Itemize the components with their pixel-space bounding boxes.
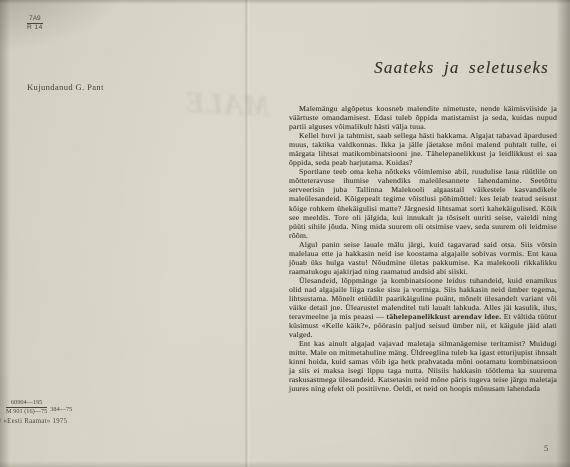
body-paragraph: Malemängu algõpetus koosneb malendite ni… xyxy=(289,104,557,131)
section-title: Saateks ja seletuseks xyxy=(289,58,561,78)
imprint-code: 384—75 xyxy=(50,402,72,413)
designer-credit: Kujundanud G. Pant xyxy=(27,82,104,92)
paragraph-segment: Kellel huvi ja tahtmist, saab sellega hä… xyxy=(289,131,557,167)
library-call-number-stamp: 7A9 R 14 xyxy=(27,15,43,31)
call-number-numerator: 7A9 xyxy=(27,15,43,24)
imprint-fraction-denominator: M 901 (16)—75 xyxy=(6,408,47,416)
call-number-denominator: R 14 xyxy=(27,24,43,32)
body-paragraph: Sportlane teeb oma keha nõtkeks võimlemi… xyxy=(289,167,557,239)
imprint-fraction-numerator: 60904—195 xyxy=(6,399,47,408)
body-text: Malemängu algõpetus koosneb malendite ni… xyxy=(289,104,557,394)
body-paragraph: Ent kas ainult algajad vajavad maletaja … xyxy=(289,339,557,393)
imprint-fraction: 60904—195 M 901 (16)—75 xyxy=(6,399,47,415)
paragraph-segment: Algul panin seise lauale mälu järgi, kui… xyxy=(289,240,557,276)
imprint-block: 60904—195 M 901 (16)—75 384—75 xyxy=(6,399,72,415)
right-page: Saateks ja seletuseks Malemängu algõpetu… xyxy=(244,0,570,467)
body-paragraph: Kellel huvi ja tahtmist, saab sellega hä… xyxy=(289,131,557,167)
book-scan: 7A9 R 14 Kujundanud G. Pant MALE 60904—1… xyxy=(0,0,570,467)
body-paragraph: Algul panin seise lauale mälu järgi, kui… xyxy=(289,240,557,276)
body-paragraph: Ülesandeid, lõppmänge ja kombinatsioone … xyxy=(289,276,557,339)
page-number: 5 xyxy=(544,443,548,453)
paragraph-segment: Sportlane teeb oma keha nõtkeks võimlemi… xyxy=(289,167,557,239)
bold-emphasis: tähelepanelikkust arendav idee. xyxy=(386,312,501,321)
paragraph-segment: Malemängu algõpetus koosneb malendite ni… xyxy=(289,104,557,131)
copyright-line: © «Eesti Raamat» 1975 xyxy=(0,418,67,425)
left-page: 7A9 R 14 Kujundanud G. Pant MALE 60904—1… xyxy=(0,0,244,467)
paragraph-segment: Ent kas ainult algajad vajavad maletaja … xyxy=(289,339,557,393)
